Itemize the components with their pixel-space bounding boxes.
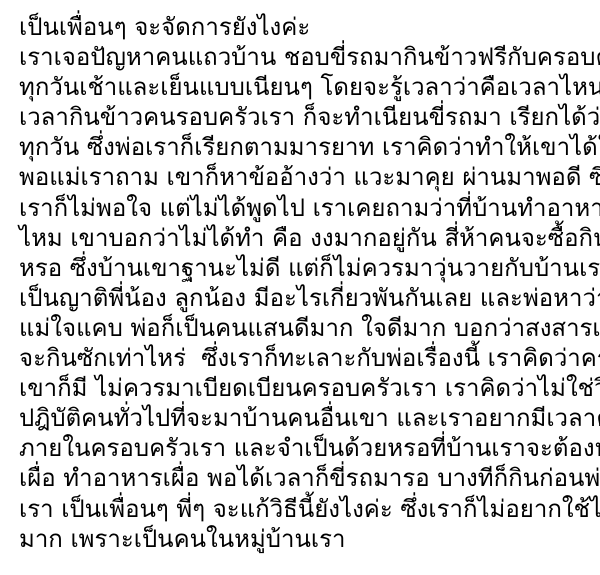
text-line-16: เผื่อ ทำอาหารเผื่อ พอได้เวลาก็ขี่รถมารอ … [19,463,590,493]
text-line-13: เขาก็มี ไม่ควรมาเบียดเบียนครอบครัวเรา เร… [19,373,590,403]
text-line-4: เวลากินข้าวคนรอบครัวเรา ก็จะทำเนียนขี่รถ… [19,102,590,132]
text-line-6: พอแม่เราถาม เขาก็หาข้ออ้างว่า แวะมาคุย ผ… [19,162,590,192]
text-line-11: แม่ใจแคบ พ่อก็เป็นคนแสนดีมาก ใจดีมาก บอก… [19,313,590,343]
text-line-15: ภายในครอบครัวเรา และจำเป็นด้วยหรอที่บ้าน… [19,433,590,463]
text-line-18: มาก เพราะเป็นคนในหมู่บ้านเรา [19,524,590,554]
text-line-8: ไหม เขาบอกว่าไม่ได้ทำ คือ งงมากอยู่กัน ส… [19,223,590,253]
text-line-17: เรา เป็นเพื่อนๆ พี่ๆ จะแก้วิธีนี้ยังไงค่… [19,494,590,524]
text-document: เป็นเพื่อนๆ จะจัดการยังไงค่ะ เราเจอปัญหา… [0,0,600,575]
text-line-14: ปฎิบัติคนทั่วไปที่จะมาบ้านคนอื่นเขา และเ… [19,403,590,433]
text-line-2: เราเจอปัญหาคนแถวบ้าน ชอบขี่รถมากินข้าวฟร… [19,42,590,72]
text-line-12: จะกินซักเท่าไหร่ ซึ่งเราก็ทะเลาะกับพ่อเร… [19,343,590,373]
text-line-1: เป็นเพื่อนๆ จะจัดการยังไงค่ะ [19,12,590,42]
text-line-10: เป็นญาติพี่น้อง ลูกน้อง มีอะไรเกี่ยวพันก… [19,283,590,313]
text-line-3: ทุกวันเช้าและเย็นแบบเนียนๆ โดยจะรู้เวลาว… [19,72,590,102]
text-line-7: เราก็ไม่พอใจ แต่ไม่ได้พูดไป เราเคยถามว่า… [19,193,590,223]
text-line-9: หรอ ซึ่งบ้านเขาฐานะไม่ดี แต่ก็ไม่ควรมาวุ… [19,253,590,283]
text-line-5: ทุกวัน ซึ่งพ่อเราก็เรียกตามมารยาท เราคิด… [19,132,590,162]
